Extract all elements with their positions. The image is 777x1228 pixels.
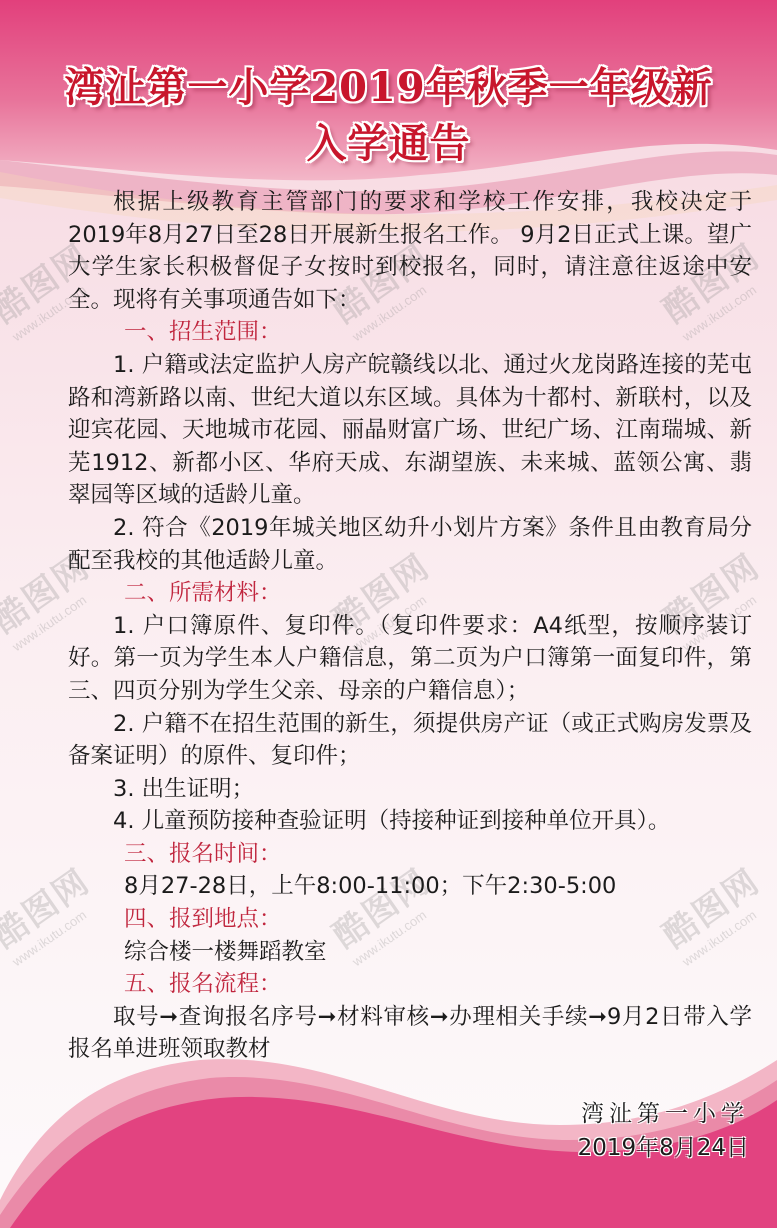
- signature-org: 湾沚第一小学: [578, 1097, 749, 1131]
- materials-item-4: 4. 儿童预防接种查验证明（持接种证到接种单位开具）。: [68, 805, 752, 838]
- section-heading-enrollment-scope: 一、招生范围：: [68, 316, 752, 349]
- notice-body: 根据上级教育主管部门的要求和学校工作安排，我校决定于2019年8月27日至28日…: [68, 186, 752, 1066]
- page-title: 湾沚第一小学2019年秋季一年级新 入学通告: [0, 60, 777, 172]
- signature-date: 2019年8月24日: [578, 1131, 749, 1165]
- scope-item-1: 1. 户籍或法定监护人房产皖赣线以北、通过火龙岗路连接的芜屯路和湾新路以南、世纪…: [68, 349, 752, 512]
- registration-time-text: 8月27-28日，上午8:00-11:00；下午2:30-5:00: [68, 870, 752, 903]
- section-heading-process: 五、报名流程：: [68, 968, 752, 1001]
- signature-block: 湾沚第一小学 2019年8月24日: [578, 1097, 749, 1165]
- title-line-1: 湾沚第一小学2019年秋季一年级新: [0, 60, 777, 116]
- materials-item-3: 3. 出生证明；: [68, 773, 752, 806]
- materials-item-2: 2. 户籍不在招生范围的新生，须提供房产证（或正式购房发票及备案证明）的原件、复…: [68, 708, 752, 773]
- process-text: 取号➞查询报名序号➞材料审核➞办理相关手续➞9月2日带入学报名单进班领取教材: [68, 1001, 752, 1066]
- section-heading-location: 四、报到地点：: [68, 903, 752, 936]
- scope-item-2: 2. 符合《2019年城关地区幼升小划片方案》条件且由教育局分配至我校的其他适龄…: [68, 512, 752, 577]
- materials-item-1: 1. 户口簿原件、复印件。（复印件要求：A4纸型，按顺序装订好。第一页为学生本人…: [68, 610, 752, 708]
- title-line-2: 入学通告: [0, 116, 777, 172]
- intro-paragraph: 根据上级教育主管部门的要求和学校工作安排，我校决定于2019年8月27日至28日…: [68, 186, 752, 316]
- location-text: 综合楼一楼舞蹈教室: [68, 936, 752, 969]
- section-heading-registration-time: 三、报名时间：: [68, 838, 752, 871]
- section-heading-materials: 二、所需材料：: [68, 577, 752, 610]
